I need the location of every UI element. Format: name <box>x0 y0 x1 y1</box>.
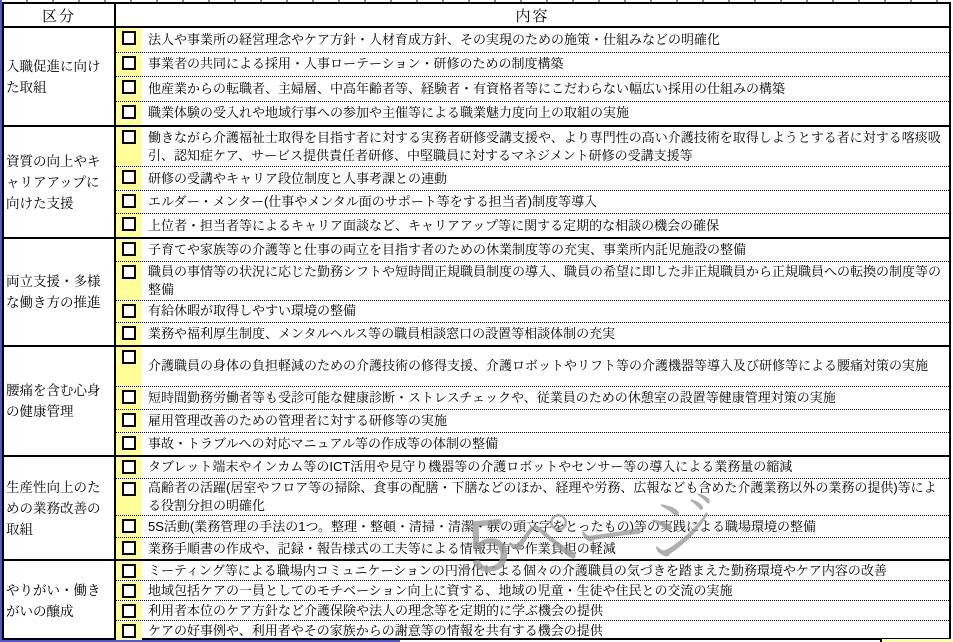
checklist-item: 働きながら介護福祉士取得を目指す者に対する実務者研修受講支援や、より専門性の高い… <box>116 127 949 166</box>
checklist-item: 職業体験の受入れや地域行事への参加や主催等による職業魅力度向上の取組の実施 <box>116 101 949 126</box>
section-yarigai-jousei: やりがい・働きがいの醸成 ミーティング等による職場内コミュニケーションの円滑化に… <box>4 559 949 640</box>
item-text: 上位者・担当者等によるキャリア面談など、キャリアアップ等に関する定期的な相談の機… <box>142 214 949 237</box>
checkbox[interactable] <box>122 304 136 318</box>
checkbox[interactable] <box>122 624 136 638</box>
item-text: 業務や福利厚生制度、メンタルヘルス等の職員相談窓口の設置等相談体制の充実 <box>142 323 949 345</box>
checkbox[interactable] <box>122 413 136 427</box>
checkbox-cell <box>116 347 142 386</box>
checklist-item: 利用者本位のケア方針など介護保険や法人の理念等を定期的に学ぶ機会の提供 <box>116 600 949 620</box>
checkbox-cell <box>116 387 142 409</box>
item-text: 地域包括ケアの一員としてのモチベーション向上に資する、地域の児童・生徒や住民との… <box>142 581 949 600</box>
checkbox[interactable] <box>122 350 136 364</box>
checkbox-cell <box>116 410 142 432</box>
section-items: 子育てや家族等の介護等と仕事の両立を目指す者のための休業制度等の充実、事業所内託… <box>116 239 949 345</box>
item-text: 働きながら介護福祉士取得を目指す者に対する実務者研修受講支援や、より専門性の高い… <box>142 127 949 166</box>
checkbox-cell <box>116 601 142 620</box>
header-category-column: 区分 <box>4 4 116 26</box>
checklist-item: 他産業からの転職者、主婦層、中高年齢者等、経験者・有資格者等にこだわらない幅広い… <box>116 76 949 101</box>
item-text: 職業体験の受入れや地域行事への参加や主催等による職業魅力度向上の取組の実施 <box>142 102 949 126</box>
checkbox[interactable] <box>122 242 136 256</box>
checklist-item: ミーティング等による職場内コミュニケーションの円滑化による個々の介護職員の気づき… <box>116 561 949 580</box>
item-text: 法人や事業所の経営理念やケア方針・人材育成方針、その実現のための施策・仕組みなど… <box>142 28 949 52</box>
item-text: ケアの好事例や、利用者やその家族からの謝意等の情報を共有する機会の提供 <box>142 621 949 640</box>
checklist-item: 研修の受講やキャリア段位制度と人事考課との連動 <box>116 166 949 190</box>
section-shishitsu-koujou: 資質の向上やキャリアアップに向けた支援 働きながら介護福祉士取得を目指す者に対す… <box>4 125 949 237</box>
item-text: 5S活動(業務管理の手法の1つ。整理・整頓・清掃・清潔・躾の頭文字をとったもの)… <box>142 516 949 537</box>
section-items: タブレット端末やインカム等のICT活用や見守り機器等の介護ロボットやセンサー等の… <box>116 457 949 559</box>
category-label: 入職促進に向けた取組 <box>4 28 116 125</box>
checkbox[interactable] <box>122 56 136 70</box>
checklist-item: 雇用管理改善のための管理者に対する研修等の実施 <box>116 409 949 432</box>
item-text: ミーティング等による職場内コミュニケーションの円滑化による個々の介護職員の気づき… <box>142 561 949 580</box>
section-items: 介護職員の身体の負担軽減のための介護技術の修得支援、介護ロボットやリフト等の介護… <box>116 347 949 455</box>
checklist-item: ケアの好事例や、利用者やその家族からの謝意等の情報を共有する機会の提供 <box>116 620 949 640</box>
category-label: 資質の向上やキャリアアップに向けた支援 <box>4 127 116 237</box>
checkbox-cell <box>116 621 142 640</box>
header-content-column: 内容 <box>116 4 949 26</box>
checkbox-cell <box>116 538 142 559</box>
checkbox[interactable] <box>122 390 136 404</box>
checklist-item: 高齢者の活躍(居室やフロア等の掃除、食事の配膳・下膳などのほか、経理や労務、広報… <box>116 478 949 515</box>
item-text: 有給休暇が取得しやすい環境の整備 <box>142 301 949 323</box>
item-text: 高齢者の活躍(居室やフロア等の掃除、食事の配膳・下膳などのほか、経理や労務、広報… <box>142 479 949 515</box>
item-text: 短時間勤務労働者等も受診可能な健康診断・ストレスチェックや、従業員のための休憩室… <box>142 387 949 409</box>
checkbox[interactable] <box>122 31 136 45</box>
checkbox[interactable] <box>122 519 136 533</box>
checklist-item: 有給休暇が取得しやすい環境の整備 <box>116 300 949 323</box>
checkbox-cell <box>116 127 142 166</box>
checkbox-cell <box>116 433 142 455</box>
checkbox[interactable] <box>122 105 136 119</box>
section-items: ミーティング等による職場内コミュニケーションの円滑化による個々の介護職員の気づき… <box>116 561 949 640</box>
checkbox[interactable] <box>122 326 136 340</box>
checkbox-cell <box>116 262 142 300</box>
checklist-item: 地域包括ケアの一員としてのモチベーション向上に資する、地域の児童・生徒や住民との… <box>116 580 949 600</box>
item-text: タブレット端末やインカム等のICT活用や見守り機器等の介護ロボットやセンサー等の… <box>142 457 949 478</box>
checkbox[interactable] <box>122 482 136 496</box>
checkbox[interactable] <box>122 170 136 184</box>
checkbox[interactable] <box>122 80 136 94</box>
checklist-item: 5S活動(業務管理の手法の1つ。整理・整頓・清掃・清潔・躾の頭文字をとったもの)… <box>116 515 949 537</box>
section-seisansei-koujou: 生産性向上のための業務改善の取組 タブレット端末やインカム等のICT活用や見守り… <box>4 455 949 559</box>
checkbox-cell <box>116 77 142 101</box>
section-ryouritsu-shien: 両立支援・多様な働き方の推進 子育てや家族等の介護等と仕事の両立を目指す者のため… <box>4 237 949 345</box>
checklist-item: 介護職員の身体の負担軽減のための介護技術の修得支援、介護ロボットやリフト等の介護… <box>116 347 949 386</box>
checkbox-cell <box>116 479 142 515</box>
category-label: やりがい・働きがいの醸成 <box>4 561 116 640</box>
checklist-item: 事故・トラブルへの対応マニュアル等の作成等の体制の整備 <box>116 432 949 455</box>
checkbox[interactable] <box>122 217 136 231</box>
checkbox-cell <box>116 191 142 214</box>
checklist-page: 区分 内容 入職促進に向けた取組 法人や事業所の経営理念やケア方針・人材育成方針… <box>0 0 953 642</box>
table-header-row: 区分 内容 <box>4 4 949 28</box>
checkbox-cell <box>116 516 142 537</box>
checkbox-cell <box>116 561 142 580</box>
checkbox[interactable] <box>122 584 136 598</box>
checklist-item: 法人や事業所の経営理念やケア方針・人材育成方針、その実現のための施策・仕組みなど… <box>116 28 949 52</box>
item-text: 子育てや家族等の介護等と仕事の両立を目指す者のための休業制度等の充実、事業所内託… <box>142 239 949 261</box>
checklist-item: 業務手順書の作成や、記録・報告様式の工夫等による情報共有や作業負担の軽減 <box>116 537 949 559</box>
checkbox-cell <box>116 301 142 323</box>
checkbox[interactable] <box>122 564 136 578</box>
checklist-item: タブレット端末やインカム等のICT活用や見守り機器等の介護ロボットやセンサー等の… <box>116 457 949 478</box>
section-nyushoku-sokushin: 入職促進に向けた取組 法人や事業所の経営理念やケア方針・人材育成方針、その実現の… <box>4 28 949 125</box>
category-label: 両立支援・多様な働き方の推進 <box>4 239 116 345</box>
checkbox[interactable] <box>122 460 136 474</box>
item-text: 研修の受講やキャリア段位制度と人事考課との連動 <box>142 167 949 190</box>
checkbox[interactable] <box>122 604 136 618</box>
checkbox[interactable] <box>122 265 136 279</box>
checkbox-cell <box>116 457 142 478</box>
checkbox[interactable] <box>122 194 136 208</box>
item-text: 職員の事情等の状況に応じた勤務シフトや短時間正規職員制度の導入、職員の希望に即し… <box>142 262 949 300</box>
checklist-item: エルダー・メンター(仕事やメンタル面のサポート等をする担当者)制度等導入 <box>116 190 949 214</box>
section-kenkou-kanri: 腰痛を含む心身の健康管理 介護職員の身体の負担軽減のための介護技術の修得支援、介… <box>4 345 949 455</box>
item-text: 事業者の共同による採用・人事ローテーション・研修のための制度構築 <box>142 53 949 77</box>
item-text: 他産業からの転職者、主婦層、中高年齢者等、経験者・有資格者等にこだわらない幅広い… <box>142 77 949 101</box>
checkbox-cell <box>116 53 142 77</box>
category-content-table: 区分 内容 入職促進に向けた取組 法人や事業所の経営理念やケア方針・人材育成方針… <box>2 2 951 640</box>
checklist-item: 子育てや家族等の介護等と仕事の両立を目指す者のための休業制度等の充実、事業所内託… <box>116 239 949 261</box>
section-items: 法人や事業所の経営理念やケア方針・人材育成方針、その実現のための施策・仕組みなど… <box>116 28 949 125</box>
checklist-item: 職員の事情等の状況に応じた勤務シフトや短時間正規職員制度の導入、職員の希望に即し… <box>116 261 949 300</box>
checklist-item: 業務や福利厚生制度、メンタルヘルス等の職員相談窓口の設置等相談体制の充実 <box>116 322 949 345</box>
checkbox[interactable] <box>122 130 136 144</box>
checkbox[interactable] <box>122 541 136 555</box>
checklist-item: 上位者・担当者等によるキャリア面談など、キャリアアップ等に関する定期的な相談の機… <box>116 213 949 237</box>
checkbox-cell <box>116 102 142 126</box>
checkbox-cell <box>116 28 142 52</box>
section-items: 働きながら介護福祉士取得を目指す者に対する実務者研修受講支援や、より専門性の高い… <box>116 127 949 237</box>
item-text: 事故・トラブルへの対応マニュアル等の作成等の体制の整備 <box>142 433 949 455</box>
checkbox-cell <box>116 323 142 345</box>
category-label: 腰痛を含む心身の健康管理 <box>4 347 116 455</box>
item-text: 雇用管理改善のための管理者に対する研修等の実施 <box>142 410 949 432</box>
checklist-item: 短時間勤務労働者等も受診可能な健康診断・ストレスチェックや、従業員のための休憩室… <box>116 386 949 409</box>
checkbox-cell <box>116 239 142 261</box>
item-text: 利用者本位のケア方針など介護保険や法人の理念等を定期的に学ぶ機会の提供 <box>142 601 949 620</box>
checklist-item: 事業者の共同による採用・人事ローテーション・研修のための制度構築 <box>116 52 949 77</box>
checkbox-cell <box>116 167 142 190</box>
checkbox-cell <box>116 214 142 237</box>
checkbox[interactable] <box>122 436 136 450</box>
checkbox-cell <box>116 581 142 600</box>
category-label: 生産性向上のための業務改善の取組 <box>4 457 116 559</box>
item-text: エルダー・メンター(仕事やメンタル面のサポート等をする担当者)制度等導入 <box>142 191 949 214</box>
item-text: 介護職員の身体の負担軽減のための介護技術の修得支援、介護ロボットやリフト等の介護… <box>142 347 949 386</box>
item-text: 業務手順書の作成や、記録・報告様式の工夫等による情報共有や作業負担の軽減 <box>142 538 949 559</box>
